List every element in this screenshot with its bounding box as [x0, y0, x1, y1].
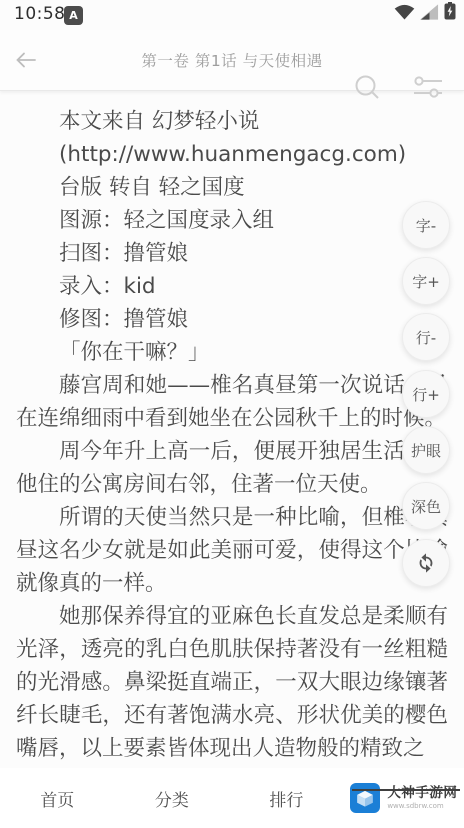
nav-item-ranking[interactable]: 排行 — [229, 768, 344, 828]
app-notification-icon: A — [64, 6, 83, 25]
paragraph: (http://www.huanmengacg.com) — [16, 138, 448, 171]
paragraph: 图源：轻之国度录入组 — [16, 204, 448, 237]
line-spacing-decrease-button[interactable]: 行- — [402, 313, 450, 361]
chapter-header: 第一卷 第1话 与天使相遇 — [0, 30, 464, 91]
paragraph: 所谓的天使当然只是一种比喻，但椎名真昼这名少女就是如此美丽可爱，使得这个比喻就像… — [16, 501, 448, 600]
paragraph: 修图：撸管娘 — [16, 303, 448, 336]
nav-item-home[interactable]: 首页 — [0, 768, 115, 828]
paragraph: 周今年升上高一后，便展开独居生活，在他住的公寓房间右邻，住著一位天使。 — [16, 435, 448, 501]
nav-item-categories[interactable]: 分类 — [115, 768, 230, 828]
dark-mode-label: 深色 — [411, 496, 441, 517]
battery-charging-icon — [444, 2, 456, 24]
font-size-decrease-label: 字- — [416, 215, 436, 236]
paragraph: 扫图：撸管娘 — [16, 237, 448, 270]
reader-content[interactable]: 本文来自 幻梦轻小说 (http://www.huanmengacg.com) … — [0, 91, 464, 828]
paragraph: 她那保养得宜的亚麻色长直发总是柔顺有光泽，透亮的乳白色肌肤保持著没有一丝粗糙的光… — [16, 600, 448, 765]
eye-protection-button[interactable]: 护眼 — [402, 426, 450, 474]
line-spacing-increase-label: 行+ — [412, 384, 440, 405]
wifi-icon — [394, 4, 415, 24]
status-bar: 10:58 A — [0, 0, 464, 30]
watermark-underline — [352, 789, 460, 791]
site-watermark: 大神手游网 www.sdbrw.com — [344, 768, 464, 828]
nav-item-ranking-label: 排行 — [269, 786, 303, 811]
bottom-nav: 首页 分类 排行 大神手游网 www.sdbrw.com — [0, 768, 464, 828]
paragraph: 录入：kid — [16, 270, 448, 303]
dark-mode-button[interactable]: 深色 — [402, 482, 450, 530]
font-size-increase-label: 字+ — [412, 271, 440, 292]
line-spacing-decrease-label: 行- — [416, 327, 436, 348]
refresh-button[interactable] — [402, 539, 450, 587]
eye-protection-label: 护眼 — [411, 440, 441, 461]
paragraph: 藤宫周和她——椎名真昼第一次说话，是在连绵细雨中看到她坐在公园秋千上的时候。 — [16, 369, 448, 435]
watermark-site-url: www.sdbrw.com — [387, 802, 457, 810]
chapter-title: 第一卷 第1话 与天使相遇 — [0, 30, 464, 90]
watermark-logo-icon — [350, 783, 380, 813]
nav-item-categories-label: 分类 — [155, 786, 189, 811]
refresh-icon — [415, 552, 437, 574]
paragraph: 「你在干嘛？」 — [16, 336, 448, 369]
reader-screen: 10:58 A — [0, 0, 464, 828]
cellular-signal-icon — [420, 4, 439, 24]
nav-item-home-label: 首页 — [40, 786, 74, 811]
clock: 10:58 — [14, 4, 66, 24]
line-spacing-increase-button[interactable]: 行+ — [402, 370, 450, 418]
paragraph: 台版 转自 轻之国度 — [16, 171, 448, 204]
font-size-decrease-button[interactable]: 字- — [402, 201, 450, 249]
font-size-increase-button[interactable]: 字+ — [402, 257, 450, 305]
paragraph: 本文来自 幻梦轻小说 — [16, 105, 448, 138]
